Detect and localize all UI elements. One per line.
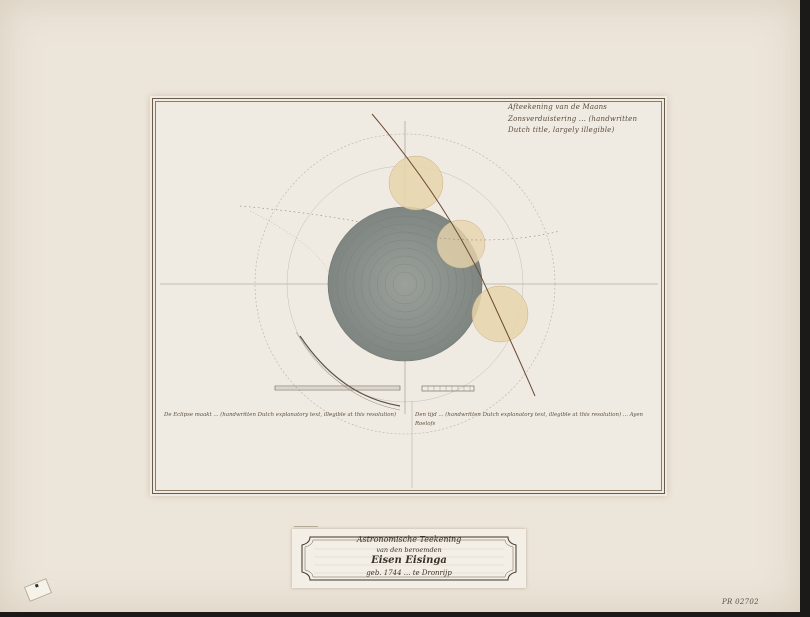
mounted-title-label: Astronomische Teekening van den beroemde… [292, 529, 526, 588]
drawing-plate: Afteekening van de Maans Zonsverduisteri… [150, 96, 667, 496]
label-line-2: van den beroemden [292, 546, 526, 554]
scale-bar-left [275, 386, 400, 390]
plate-title-text: Afteekening van de Maans Zonsverduisteri… [508, 102, 658, 137]
description-text-right: Den tijd ... (handwritten Dutch explanat… [415, 411, 660, 429]
pencil-mark [294, 526, 318, 527]
moon-position-2 [437, 220, 485, 268]
collection-stamp [24, 578, 52, 602]
stamp-mark-icon [34, 584, 38, 588]
scale-bar-right [422, 386, 474, 391]
label-line-1: Astronomische Teekening [292, 535, 526, 544]
eclipse-diagram [150, 96, 667, 496]
moon-position-3 [472, 286, 528, 342]
moon-position-1 [389, 156, 443, 210]
label-line-3: Eisen Eisinga [292, 555, 526, 566]
paper-sheet: Afteekening van de Maans Zonsverduisteri… [0, 0, 800, 612]
description-text-left: De Eclipse maakt ... (handwritten Dutch … [164, 411, 414, 420]
inventory-number: PR 02702 [722, 598, 759, 606]
label-line-4: geb. 1744 ... te Dronrijp [292, 569, 526, 577]
